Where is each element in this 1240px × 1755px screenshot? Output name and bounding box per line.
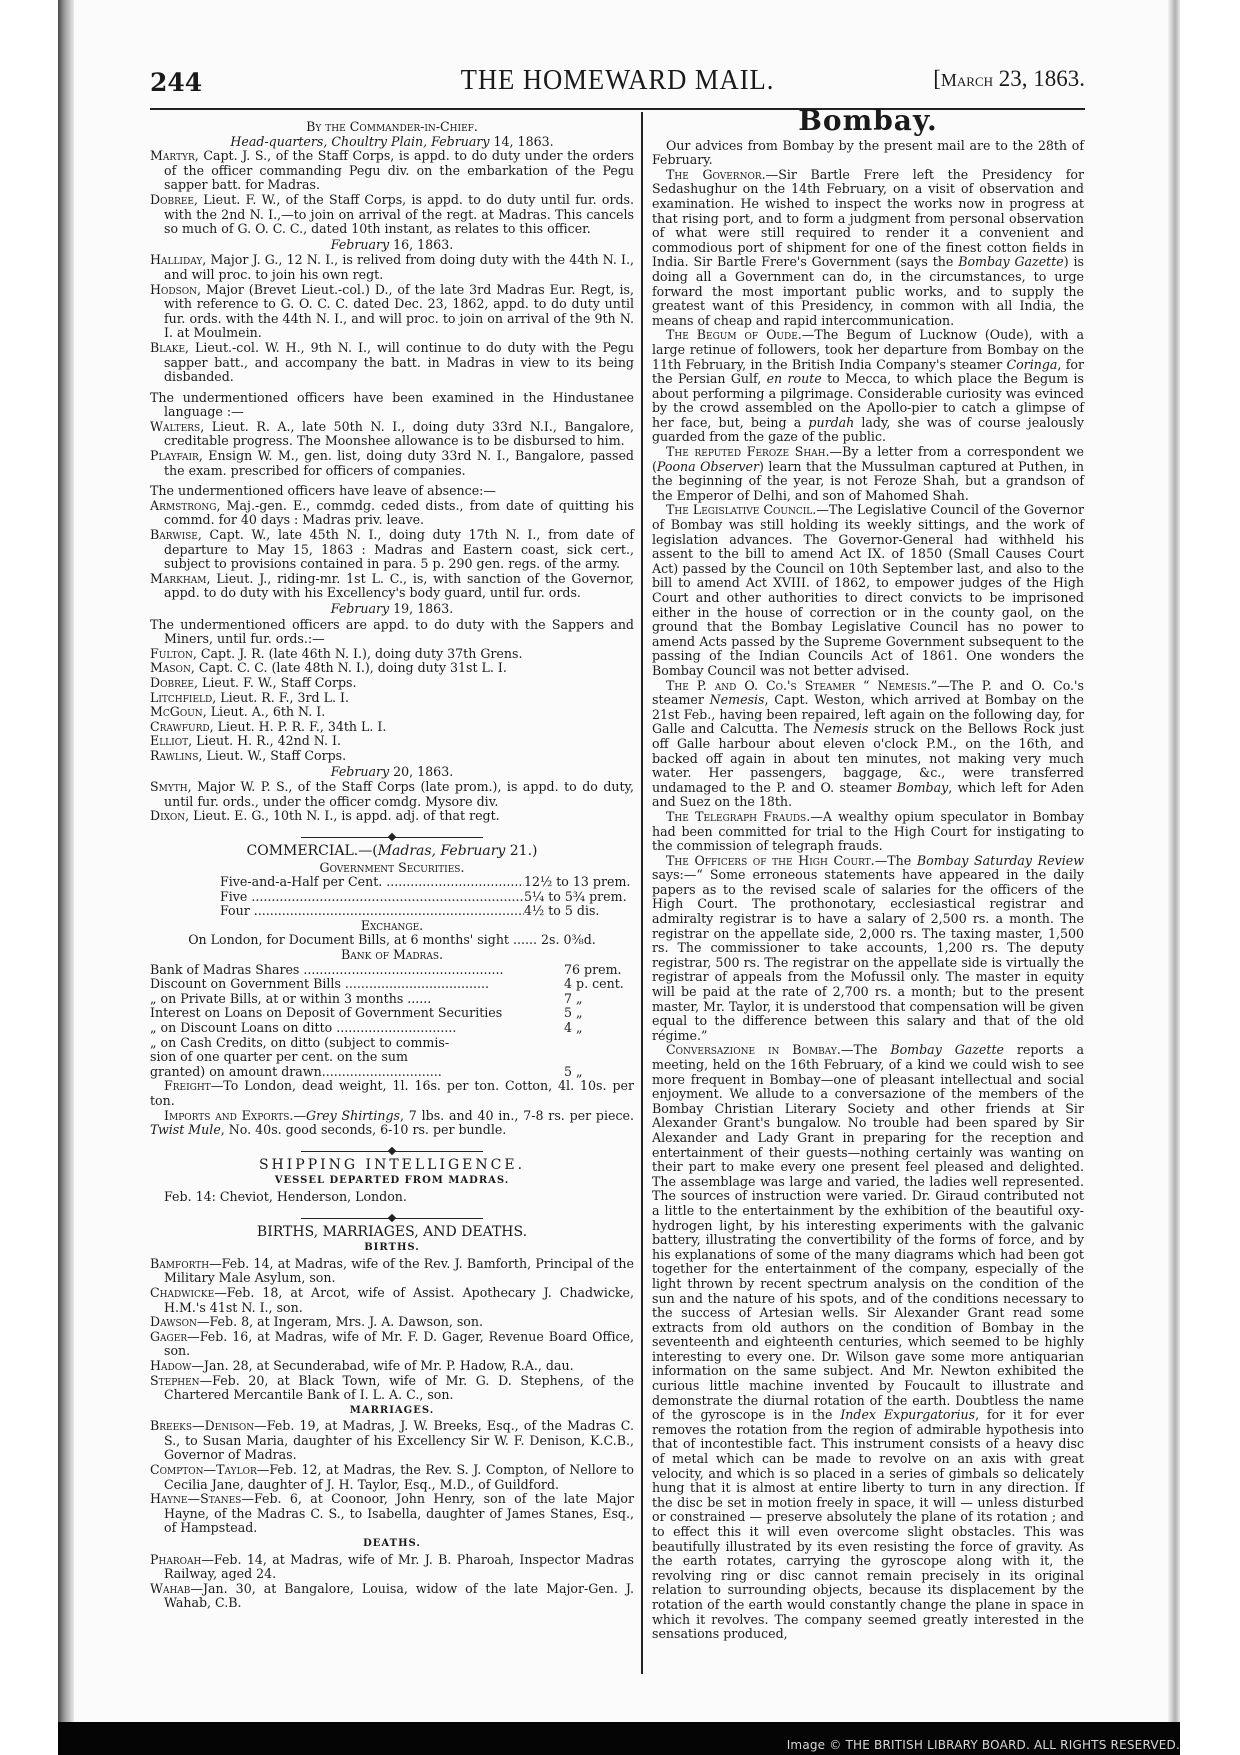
list-item: Breeks—Denison—Feb. 19, at Madras, J. W.… [150,1419,634,1463]
table-row: Five-and-a-Half per Cent. ..............… [150,875,634,890]
list-item: Smyth, Major W. P. S., of the Staff Corp… [150,780,634,809]
list-item: Blake, Lieut.-col. W. H., 9th N. I., wil… [150,341,634,385]
entry-name: Compton—Taylor [150,1462,257,1477]
deaths-heading: DEATHS. [150,1537,634,1552]
row-value: 5¼ to 5¾ prem. [524,890,634,905]
list-item: Elliot, Lieut. H. R., 42nd N. I. [150,734,634,749]
dateline-feb19: February 19, 1863. [150,602,634,617]
entry-name: Rawlins [150,748,198,763]
list-item: Walters, Lieut. R. A., late 50th N. I., … [150,420,634,449]
births-heading: BIRTHS. [150,1241,634,1256]
entries-leave: Armstrong, Maj.-gen. E., commdg. ceded d… [150,499,634,601]
list-item: Litchfield, Lieut. R. F., 3rd L. I. [150,691,634,706]
list-item: Crawfurd, Lieut. H. P. R. F., 34th L. I. [150,720,634,735]
exchange-line: On London, for Document Bills, at 6 mont… [150,933,634,948]
list-item: Stephen—Feb. 20, at Black Town, wife of … [150,1374,634,1403]
entries-sappers: Fulton, Capt. J. R. (late 46th N. I.), d… [150,647,634,764]
entries-feb20: Smyth, Major W. P. S., of the Staff Corp… [150,780,634,824]
table-row: sion of one quarter per cent. on the sum [150,1050,634,1065]
entry-text: , Maj.-gen. E., commdg. ceded dists., fr… [164,498,634,528]
entry-name: Dawson [150,1314,197,1329]
left-column: By the Commander-in-Chief. Head-quarters… [150,112,634,1611]
shipping-title: SHIPPING INTELLIGENCE. [150,1158,634,1173]
hindustanee-intro: The undermentioned officers have been ex… [150,391,634,420]
row-value: 4½ to 5 dis. [524,904,634,919]
table-row: „ on Private Bills, at or within 3 month… [150,992,634,1007]
entry-text: , Lieut. F. W., Staff Corps. [194,675,356,690]
column-divider [641,112,643,1674]
row-value: 12½ to 13 prem. [524,875,634,890]
entry-text: —Feb. 18, at Arcot, wife of Assist. Apot… [164,1285,634,1315]
row-value: 7 „ [564,992,634,1007]
table-row: Discount on Government Bills ...........… [150,977,634,992]
row-value: 5 „ [564,1065,634,1080]
list-item: Pharoah—Feb. 14, at Madras, wife of Mr. … [150,1553,634,1582]
entry-name: Breeks—Denison [150,1418,254,1433]
dateline-feb16: February 16, 1863. [150,238,634,253]
table-row: Interest on Loans on Deposit of Governme… [150,1006,634,1021]
copyright-notice: Image © THE BRITISH LIBRARY BOARD. ALL R… [787,1738,1180,1752]
masthead: 244 THE HOMEWARD MAIL. [March 23, 1863. [150,62,1085,102]
entry-text: —Feb. 16, at Madras, wife of Mr. F. D. G… [164,1329,634,1359]
list-item: Dixon, Lieut. E. G., 10th N. I., is appd… [150,809,634,824]
entry-name: Elliot [150,733,188,748]
ornament-divider [150,830,634,840]
imports-paragraph: Imports and Exports.—Grey Shirtings, 7 l… [150,1109,634,1138]
entry-text: , Lieut. H. P. R. F., 34th L. I. [210,719,387,734]
entry-text: , Capt. W., late 45th N. I., doing duty … [164,527,634,571]
freight-paragraph: Freight—To London, dead weight, 1l. 16s.… [150,1079,634,1108]
scan-edge-right [1168,0,1180,1722]
entry-name: Pharoah [150,1552,201,1567]
deaths-list: Pharoah—Feb. 14, at Madras, wife of Mr. … [150,1553,634,1611]
entry-text: , Lieut.-col. W. H., 9th N. I., will con… [164,340,634,384]
bmd-title: BIRTHS, MARRIAGES, AND DEATHS. [150,1225,634,1240]
entry-name: Smyth [150,779,188,794]
entry-text: , Lieut. A., 6th N. I. [203,704,326,719]
row-label: „ on Discount Loans on ditto ...........… [150,1021,564,1036]
article-conversazione: Conversazione in Bombay.—The Bombay Gaze… [652,1043,1084,1641]
article-feroze-shah: The reputed Feroze Shah.—By a letter fro… [652,445,1084,503]
issue-date: [March 23, 1863. [933,66,1085,92]
list-item: Gager—Feb. 16, at Madras, wife of Mr. F.… [150,1330,634,1359]
table-row: Bank of Madras Shares ..................… [150,963,634,978]
row-value: 76 prem. [564,963,634,978]
entry-name: Armstrong [150,498,216,513]
row-value [564,1050,634,1065]
commander-heading: By the Commander-in-Chief. [150,120,634,135]
leave-intro: The undermentioned officers have leave o… [150,484,634,499]
entry-text: , Major J. G., 12 N. I., is relived from… [164,252,634,282]
row-value: 4 p. cent. [564,977,634,992]
entry-name: Walters [150,419,200,434]
list-item: Dobree, Lieut. F. W., Staff Corps. [150,676,634,691]
entry-name: Fulton [150,646,193,661]
list-item: McGoun, Lieut. A., 6th N. I. [150,705,634,720]
shipping-line: Feb. 14: Cheviot, Henderson, London. [150,1190,634,1205]
entry-name: Playfair [150,448,199,463]
entry-name: Stephen [150,1373,200,1388]
entry-name: Dobree [150,675,194,690]
row-value [564,1036,634,1051]
entry-text: , Lieut. R. F., 3rd L. I. [212,690,349,705]
entry-text: —Feb. 14, at Madras, wife of Mr. J. B. P… [164,1552,634,1582]
row-label: „ on Private Bills, at or within 3 month… [150,992,564,1007]
bank-table: Bank of Madras Shares ..................… [150,963,634,1080]
list-item: Barwise, Capt. W., late 45th N. I., doin… [150,528,634,572]
row-label: sion of one quarter per cent. on the sum [150,1050,564,1065]
entry-name: Chadwicke [150,1285,214,1300]
entries-hindustanee: Walters, Lieut. R. A., late 50th N. I., … [150,420,634,478]
list-item: Fulton, Capt. J. R. (late 46th N. I.), d… [150,647,634,662]
article-high-court: The Officers of the High Court.—The Bomb… [652,854,1084,1044]
hq-dateline: Head-quarters, Choultry Plain, February … [150,135,634,150]
entry-name: Gager [150,1329,187,1344]
row-label: Bank of Madras Shares ..................… [150,963,564,978]
row-value: 4 „ [564,1021,634,1036]
entry-name: Martyr [150,148,195,163]
list-item: Hayne—Stanes—Feb. 6, at Coonoor, John He… [150,1492,634,1536]
list-item: Hadow—Jan. 28, at Secunderabad, wife of … [150,1359,634,1374]
list-item: Armstrong, Maj.-gen. E., commdg. ceded d… [150,499,634,528]
row-value: 5 „ [564,1006,634,1021]
bombay-intro: Our advices from Bombay by the present m… [652,139,1084,168]
table-row: Four ...................................… [150,904,634,919]
entry-name: Hayne—Stanes [150,1491,241,1506]
dateline-feb20: February 20, 1863. [150,765,634,780]
header-rule [150,108,1085,110]
entry-name: Dixon [150,808,185,823]
row-label: granted) on amount drawn................… [150,1065,564,1080]
sappers-intro: The undermentioned officers are appd. to… [150,618,634,647]
entry-name: Mason [150,660,191,675]
paper-title: THE HOMEWARD MAIL. [187,64,1047,97]
entry-name: Barwise [150,527,198,542]
ornament-divider [150,1211,634,1221]
exchange-heading: Exchange. [150,919,634,934]
list-item: Dobree, Lieut. F. W., of the Staff Corps… [150,193,634,237]
list-item: Hodson, Major (Brevet Lieut.-col.) D., o… [150,283,634,341]
list-item: Mason, Capt. C. C. (late 48th N. I.), do… [150,661,634,676]
bank-heading: Bank of Madras. [150,948,634,963]
bombay-section-title: Bombay. [652,114,1084,129]
list-item: Halliday, Major J. G., 12 N. I., is reli… [150,253,634,282]
marriages-list: Breeks—Denison—Feb. 19, at Madras, J. W.… [150,1419,634,1536]
entry-name: McGoun [150,704,203,719]
list-item: Playfair, Ensign W. M., gen. list, doing… [150,449,634,478]
entry-text: , Lieut. R. A., late 50th N. I., doing d… [164,419,634,449]
row-label: Four ...................................… [220,904,524,919]
entry-text: , Capt. J. S., of the Staff Corps, is ap… [164,148,634,192]
entry-name: Hodson [150,282,197,297]
shipping-subhead: VESSEL DEPARTED FROM MADRAS. [150,1174,634,1189]
entry-text: , Lieut. W., Staff Corps. [198,748,346,763]
table-row: „ on Discount Loans on ditto ...........… [150,1021,634,1036]
entry-name: Dobree [150,192,194,207]
article-nemesis: The P. and O. Co.'s Steamer “ Nemesis.”—… [652,679,1084,810]
article-telegraph-frauds: The Telegraph Frauds.—A wealthy opium sp… [652,810,1084,854]
right-column: Bombay. Our advices from Bombay by the p… [652,112,1084,1642]
entry-text: , Lieut. J., riding-mr. 1st L. C., is, w… [164,571,634,601]
entry-text: , Lieut. H. R., 42nd N. I. [188,733,341,748]
list-item: Markham, Lieut. J., riding-mr. 1st L. C.… [150,572,634,601]
entry-name: Halliday [150,252,202,267]
entry-name: Litchfield [150,690,212,705]
entry-name: Blake [150,340,185,355]
entry-text: —Feb. 8, at Ingeram, Mrs. J. A. Dawson, … [197,1314,483,1329]
entry-text: —Jan. 30, at Bangalore, Louisa, widow of… [164,1581,634,1611]
gov-securities-heading: Government Securities. [150,861,634,876]
entry-text: , Major W. P. S., of the Staff Corps (la… [164,779,634,809]
entry-text: —Jan. 28, at Secunderabad, wife of Mr. P… [191,1358,573,1373]
article-begum: The Begum of Oude.—The Begum of Lucknow … [652,328,1084,445]
list-item: Compton—Taylor—Feb. 12, at Madras, the R… [150,1463,634,1492]
entry-text: , Capt. C. C. (late 48th N. I.), doing d… [191,660,507,675]
list-item: Martyr, Capt. J. S., of the Staff Corps,… [150,149,634,193]
entry-name: Bamforth [150,1256,209,1271]
entries-feb14: Martyr, Capt. J. S., of the Staff Corps,… [150,149,634,237]
list-item: Rawlins, Lieut. W., Staff Corps. [150,749,634,764]
entry-text: , Lieut. F. W., of the Staff Corps, is a… [164,192,634,236]
entry-name: Markham [150,571,206,586]
article-governor: The Governor.—Sir Bartle Frere left the … [652,168,1084,329]
table-row: „ on Cash Credits, on ditto (subject to … [150,1036,634,1051]
list-item: Bamforth—Feb. 14, at Madras, wife of the… [150,1257,634,1286]
row-label: Five ...................................… [220,890,524,905]
entry-name: Crawfurd [150,719,210,734]
entry-text: —Feb. 14, at Madras, wife of the Rev. J.… [164,1256,634,1286]
entry-name: Wahab [150,1581,190,1596]
list-item: Wahab—Jan. 30, at Bangalore, Louisa, wid… [150,1582,634,1611]
entry-text: , Capt. J. R. (late 46th N. I.), doing d… [193,646,523,661]
entries-feb16: Halliday, Major J. G., 12 N. I., is reli… [150,253,634,384]
row-label: Discount on Government Bills ...........… [150,977,564,992]
row-label: Five-and-a-Half per Cent. ..............… [220,875,524,890]
list-item: Chadwicke—Feb. 18, at Arcot, wife of Ass… [150,1286,634,1315]
marriages-heading: MARRIAGES. [150,1404,634,1419]
ornament-divider [150,1144,634,1154]
securities-table: Five-and-a-Half per Cent. ..............… [150,875,634,919]
commercial-title: COMMERCIAL.—(Madras, February 21.) [150,844,634,859]
entry-text: —Feb. 20, at Black Town, wife of Mr. G. … [164,1373,634,1403]
table-row: Five ...................................… [150,890,634,905]
table-row: granted) on amount drawn................… [150,1065,634,1080]
entry-text: , Lieut. E. G., 10th N. I., is appd. adj… [185,808,500,823]
article-legislative-council: The Legislative Council.—The Legislative… [652,503,1084,678]
list-item: Dawson—Feb. 8, at Ingeram, Mrs. J. A. Da… [150,1315,634,1330]
entry-text: , Ensign W. M., gen. list, doing duty 33… [164,448,634,478]
row-label: Interest on Loans on Deposit of Governme… [150,1006,564,1021]
scan-edge-left [58,0,74,1722]
births-list: Bamforth—Feb. 14, at Madras, wife of the… [150,1257,634,1403]
entry-text: , Major (Brevet Lieut.-col.) D., of the … [164,282,634,341]
row-label: „ on Cash Credits, on ditto (subject to … [150,1036,564,1051]
entry-name: Hadow [150,1358,191,1373]
